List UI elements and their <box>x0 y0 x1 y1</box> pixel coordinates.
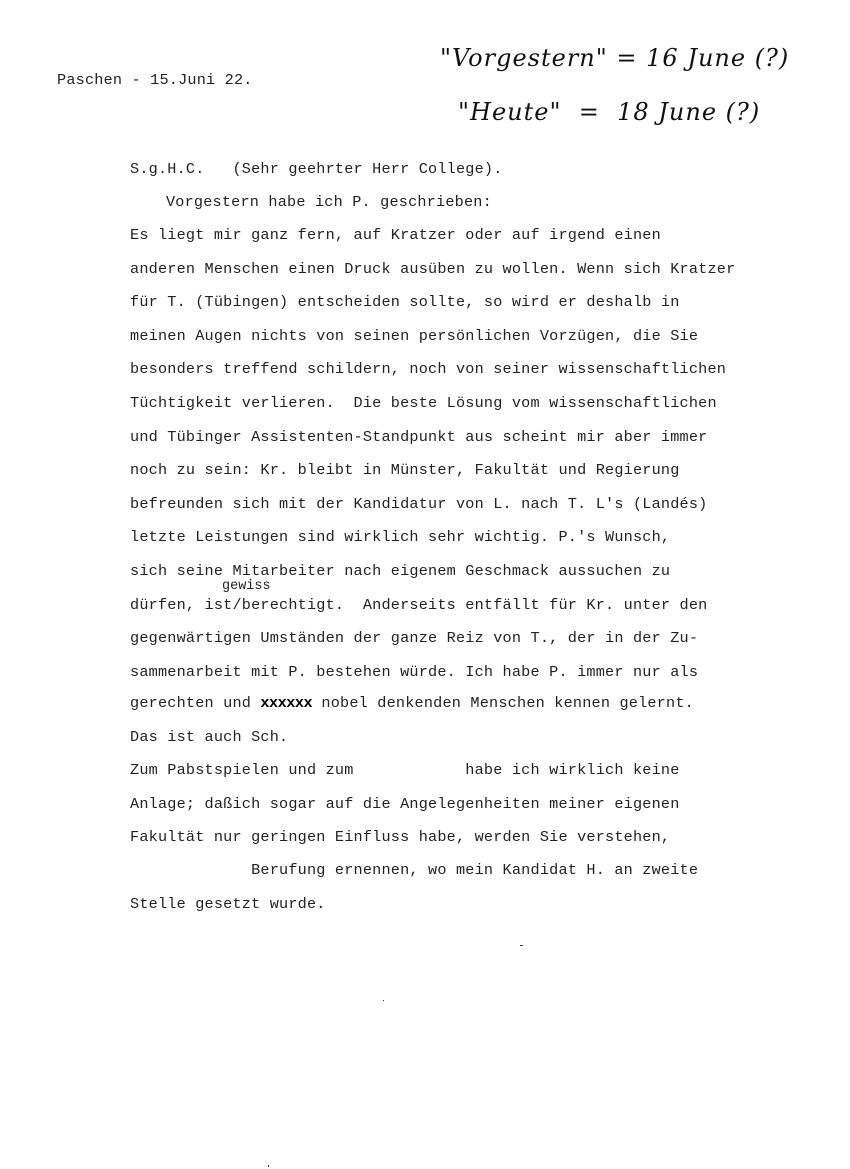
body-line: für T. (Tübingen) entscheiden sollte, so… <box>130 295 680 310</box>
struck-line-before: gerechten und <box>130 694 260 712</box>
body-line: anderen Menschen einen Druck ausüben zu … <box>130 262 735 277</box>
struck-line: gerechten und xxxxxx nobel denkenden Men… <box>130 696 694 711</box>
body-line: Es liegt mir ganz fern, auf Kratzer oder… <box>130 228 661 243</box>
scan-speck <box>383 1000 384 1001</box>
scan-speck <box>520 945 523 946</box>
closing-line: Berufung ernennen, wo mein Kandidat H. a… <box>130 863 698 878</box>
closing-line: Zum Pabstspielen und zum habe ich wirkli… <box>130 763 680 778</box>
struck-out-word: xxxxxx <box>260 694 312 712</box>
letter-page: Paschen - 15.Juni 22. "Vorgestern" = 16 … <box>0 0 850 1169</box>
closing-line: Stelle gesetzt wurde. <box>130 897 326 912</box>
intro-line: Vorgestern habe ich P. geschrieben: <box>138 195 492 210</box>
body-line: und Tübinger Assistenten-Standpunkt aus … <box>130 430 707 445</box>
handwritten-note-vorgestern: "Vorgestern" = 16 June (?) <box>440 44 789 72</box>
closing-line: Fakultät nur geringen Einfluss habe, wer… <box>130 830 670 845</box>
body-line: sich seine Mitarbeiter nach eigenem Gesc… <box>130 564 670 579</box>
place-date: Paschen - 15.Juni 22. <box>57 73 253 88</box>
body-line: befreunden sich mit der Kandidatur von L… <box>130 497 707 512</box>
closing-line: Anlage; daßich sogar auf die Angelegenhe… <box>130 797 680 812</box>
body-line: besonders treffend schildern, noch von s… <box>130 362 726 377</box>
handwritten-note-heute: "Heute" = 18 June (?) <box>458 98 760 126</box>
body-line: gegenwärtigen Umständen der ganze Reiz v… <box>130 631 698 646</box>
body-line: letzte Leistungen sind wirklich sehr wic… <box>130 530 670 545</box>
body-line: meinen Augen nichts von seinen persönlic… <box>130 329 698 344</box>
body-line: noch zu sein: Kr. bleibt in Münster, Fak… <box>130 463 680 478</box>
interlinear-insertion: gewiss <box>222 579 271 594</box>
closing-line: Das ist auch Sch. <box>130 730 288 745</box>
body-line: sammenarbeit mit P. bestehen würde. Ich … <box>130 665 698 680</box>
struck-line-after: nobel denkenden Menschen kennen gelernt. <box>312 694 694 712</box>
salutation: S.g.H.C. (Sehr geehrter Herr College). <box>130 162 503 177</box>
body-line: Tüchtigkeit verlieren. Die beste Lösung … <box>130 396 717 411</box>
scan-speck <box>268 1165 269 1167</box>
body-line: dürfen, ist/berechtigt. Anderseits entfä… <box>130 598 707 613</box>
